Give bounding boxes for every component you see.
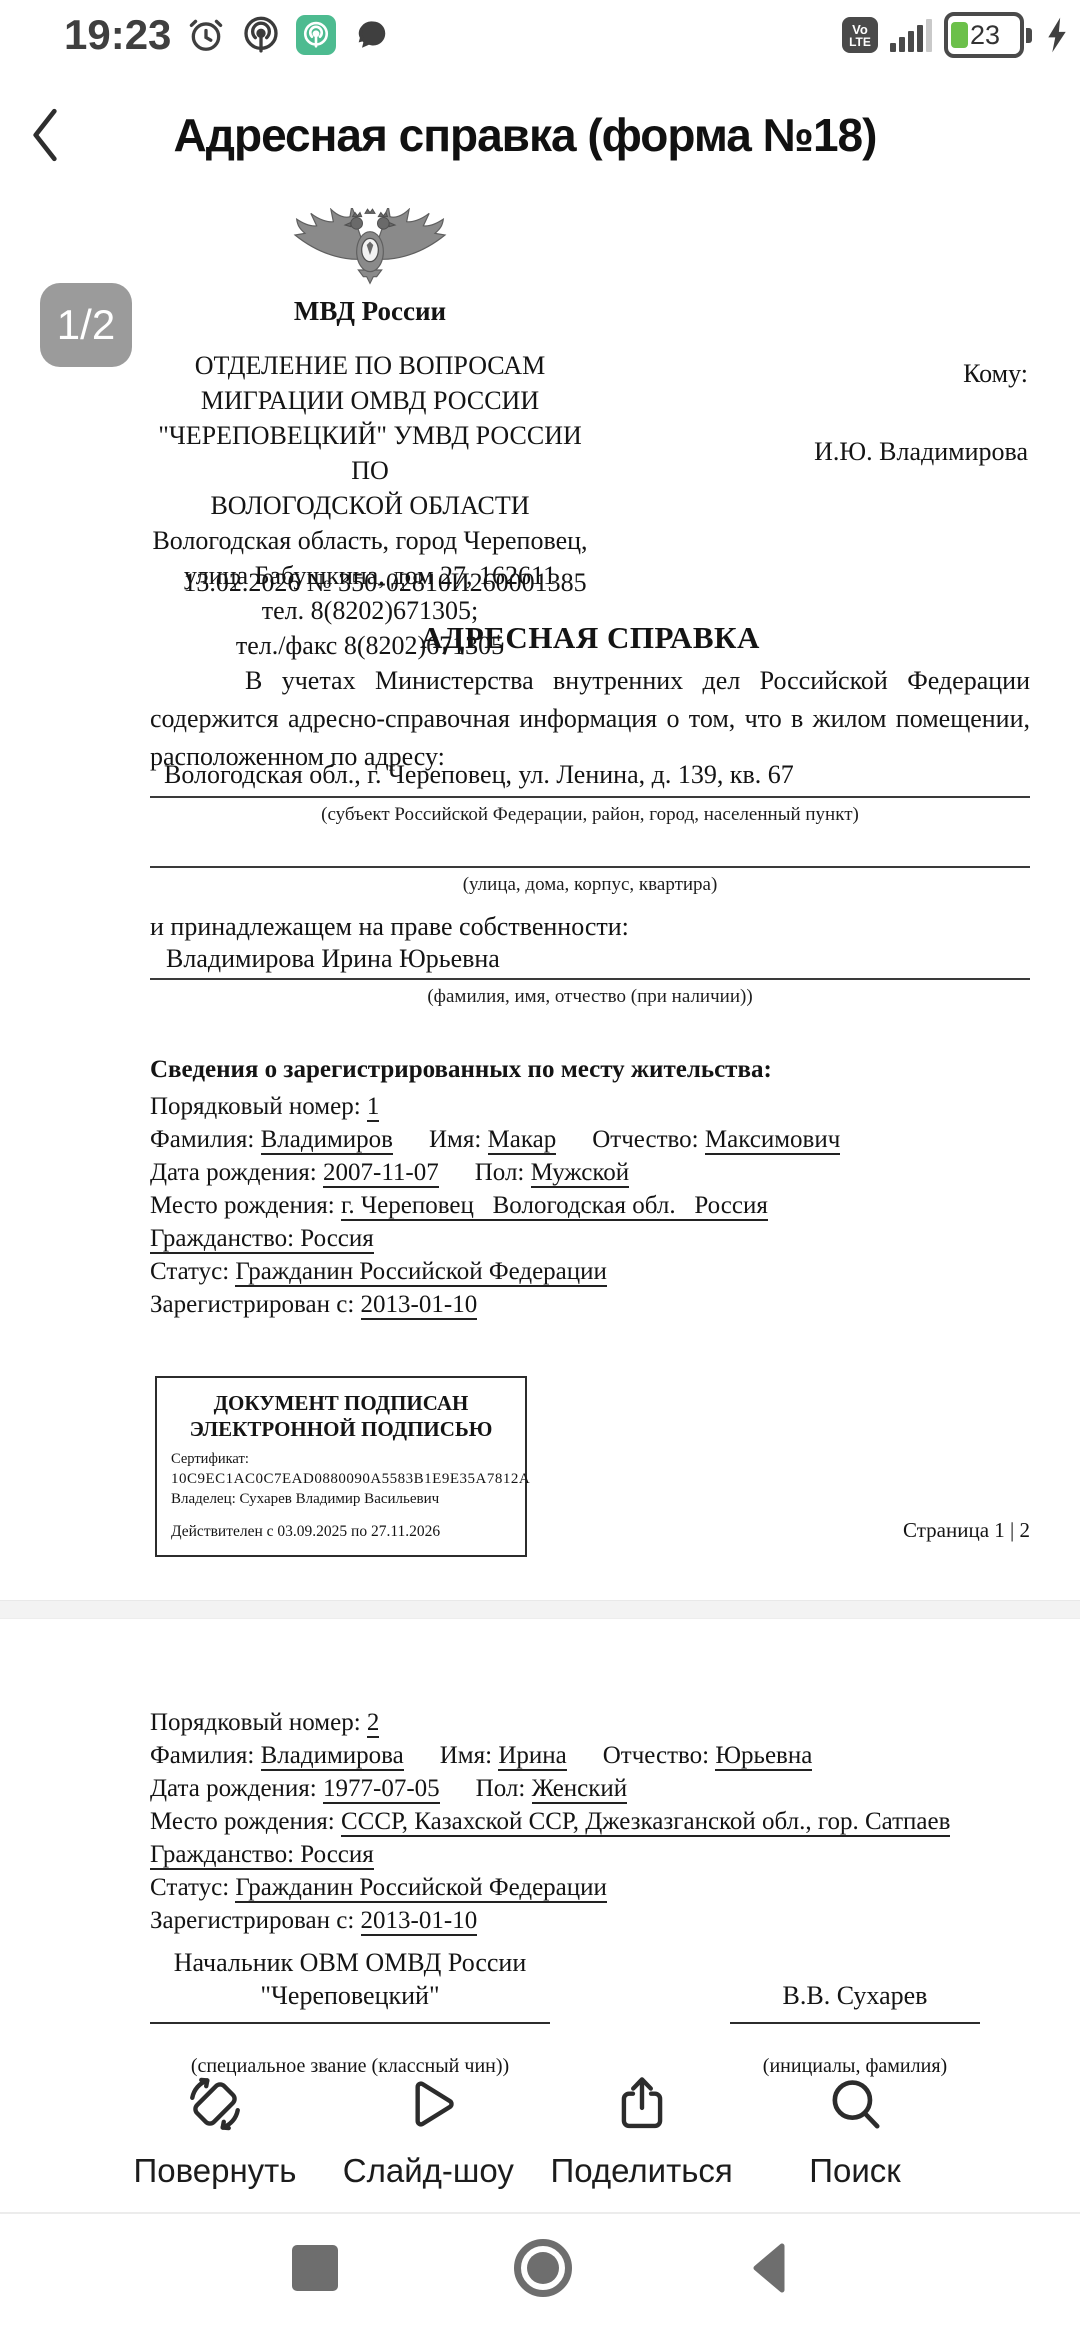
page-footer: Страница 1 | 2 — [903, 1518, 1030, 1543]
address-caption-1: (субъект Российской Федерации, район, го… — [150, 804, 1030, 826]
page-title: Адресная справка (форма №18) — [90, 108, 1080, 162]
person-birthdate-line: Дата рождения: 2007-11-07Пол: Мужской — [150, 1156, 1030, 1189]
intro-paragraph: В учетах Министерства внутренних дел Рос… — [150, 662, 1030, 776]
volte-top-label: Vo — [852, 23, 868, 36]
volte-badge: Vo LTE — [842, 17, 878, 53]
toolbar-label: Слайд-шоу — [343, 2152, 514, 2190]
address-value: Вологодская обл., г. Череповец, ул. Лени… — [164, 760, 794, 789]
chevron-left-icon — [26, 106, 64, 164]
org-line: МИГРАЦИИ ОМВД РОССИИ — [140, 383, 600, 418]
rotate-button[interactable]: Повернуть — [120, 2072, 310, 2190]
addressee-block: Кому: И.Ю. Владимирова — [814, 358, 1028, 468]
home-circle-icon[interactable] — [514, 2239, 572, 2297]
clock-time: 19:23 — [64, 11, 171, 59]
person-status-line: Статус: Гражданин Российской Федерации — [150, 1871, 1030, 1904]
viewer-toolbar: Повернуть Слайд-шоу Поделиться — [120, 2072, 950, 2190]
ownership-line: и принадлежащем на праве собственности: — [150, 912, 629, 942]
person-birthplace-line: Место рождения: г. Череповец Вологодская… — [150, 1189, 1030, 1222]
person-registered-line: Зарегистрирован с: 2013-01-10 — [150, 1904, 1030, 1937]
stamp-validity: Действителен с 03.09.2025 по 27.11.2026 — [171, 1523, 511, 1541]
address-field-2 — [150, 836, 1030, 868]
status-bar-left: 19:23 — [0, 11, 391, 59]
recents-square-icon[interactable] — [292, 2245, 338, 2291]
stamp-title-line2: ЭЛЕКТРОННОЙ ПОДПИСЬЮ — [171, 1416, 511, 1442]
stamp-title-line1: ДОКУМЕНТ ПОДПИСАН — [171, 1390, 511, 1416]
person-birthdate-line: Дата рождения: 1977-07-05Пол: Женский — [150, 1772, 1030, 1805]
share-button[interactable]: Поделиться — [547, 2072, 737, 2190]
org-line: ВОЛОГОДСКОЙ ОБЛАСТИ — [140, 488, 600, 523]
battery-indicator: 23 — [944, 12, 1032, 58]
signer-name-block: В.В. Сухарев (инициалы, фамилия) — [730, 1979, 980, 2083]
slideshow-button[interactable]: Слайд-шоу — [333, 2072, 523, 2190]
search-button[interactable]: Поиск — [760, 2072, 950, 2190]
screen: 19:23 — [0, 0, 1080, 2340]
registered-person-2: Порядковый номер: 2 Фамилия: Владимирова… — [150, 1706, 1030, 1937]
address-field: Вологодская обл., г. Череповец, ул. Лени… — [150, 760, 1030, 798]
page-separator — [0, 1600, 1080, 1619]
person-status-line: Статус: Гражданин Российской Федерации — [150, 1255, 1030, 1288]
owner-name-field: Владимирова Ирина Юрьевна — [150, 944, 1030, 980]
person-citizenship-line: Гражданство: Россия — [150, 1222, 1030, 1255]
org-address-block: ОТДЕЛЕНИЕ ПО ВОПРОСАМ МИГРАЦИИ ОМВД РОСС… — [140, 348, 600, 663]
e-signature-stamp: ДОКУМЕНТ ПОДПИСАН ЭЛЕКТРОННОЙ ПОДПИСЬЮ С… — [155, 1376, 527, 1557]
app-header: Адресная справка (форма №18) — [0, 70, 1080, 200]
official-title-line1: Начальник ОВМ ОМВД России — [150, 1946, 550, 1979]
person-fio-line: Фамилия: ВладимировИмя: МакарОтчество: М… — [150, 1123, 1030, 1156]
stamp-owner: Владелец: Сухарев Владимир Васильевич — [171, 1489, 511, 1509]
toolbar-label: Поиск — [809, 2152, 900, 2190]
podcast-icon — [241, 15, 281, 55]
person-fio-line: Фамилия: ВладимироваИмя: ИринаОтчество: … — [150, 1739, 1030, 1772]
battery-fill — [951, 22, 968, 48]
doc-number-line: 13.02.2026 № 350-02810И260001385 — [150, 568, 620, 598]
share-icon — [610, 2072, 674, 2136]
chat-bubble-icon — [351, 15, 391, 55]
charging-bolt-icon — [1044, 16, 1070, 54]
stamp-cert-value: 10C9EC1AC0C7EAD0880090A5583B1E9E35A7812A — [171, 1469, 511, 1489]
emblem-caption: МВД России — [150, 296, 590, 327]
org-line: Вологодская область, город Череповец, — [140, 523, 600, 558]
doc-title: АДРЕСНАЯ СПРАВКА — [150, 620, 1030, 656]
status-bar-right: Vo LTE 23 — [842, 12, 1070, 58]
page-counter-badge: 1/2 — [40, 283, 132, 367]
address-caption-2: (улица, дома, корпус, квартира) — [150, 874, 1030, 896]
system-navbar — [0, 2212, 1080, 2340]
owner-caption: (фамилия, имя, отчество (при наличии)) — [150, 986, 1030, 1008]
registered-heading: Сведения о зарегистрированных по месту ж… — [150, 1056, 772, 1084]
battery-percent: 23 — [970, 20, 1000, 51]
signature-line — [730, 2022, 980, 2024]
alarm-icon — [186, 15, 226, 55]
person-registered-line: Зарегистрирован с: 2013-01-10 — [150, 1288, 1030, 1321]
toolbar-label: Поделиться — [551, 2152, 733, 2190]
person-order-line: Порядковый номер: 1 — [150, 1090, 1030, 1123]
owner-name: Владимирова Ирина Юрьевна — [166, 944, 500, 973]
slideshow-play-icon — [396, 2072, 460, 2136]
status-bar: 19:23 — [0, 0, 1080, 70]
official-title-line2: "Череповецкий" — [150, 1979, 550, 2012]
to-label: Кому: — [814, 358, 1028, 390]
signature-line — [150, 2022, 550, 2024]
official-signature-block: Начальник ОВМ ОМВД России "Череповецкий"… — [150, 1946, 550, 2083]
registered-person-1: Порядковый номер: 1 Фамилия: ВладимировИ… — [150, 1090, 1030, 1321]
signal-bars-icon — [890, 18, 932, 52]
person-birthplace-line: Место рождения: СССР, Казахской ССР, Дже… — [150, 1805, 1030, 1838]
toolbar-label: Повернуть — [134, 2152, 297, 2190]
rotate-icon — [183, 2072, 247, 2136]
mvd-emblem-icon — [270, 208, 470, 292]
volte-bottom-label: LTE — [849, 36, 871, 48]
org-line: "ЧЕРЕПОВЕЦКИЙ" УМВД РОССИИ ПО — [140, 418, 600, 488]
org-line: ОТДЕЛЕНИЕ ПО ВОПРОСАМ — [140, 348, 600, 383]
back-triangle-icon[interactable] — [748, 2242, 788, 2294]
person-citizenship-line: Гражданство: Россия — [150, 1838, 1030, 1871]
person-order-line: Порядковый номер: 2 — [150, 1706, 1030, 1739]
to-name: И.Ю. Владимирова — [814, 436, 1028, 468]
stamp-cert-label: Сертификат: — [171, 1450, 511, 1469]
podcast-app-icon — [296, 15, 336, 55]
signer-name: В.В. Сухарев — [730, 1979, 980, 2012]
back-button[interactable] — [0, 70, 90, 200]
search-icon — [823, 2072, 887, 2136]
